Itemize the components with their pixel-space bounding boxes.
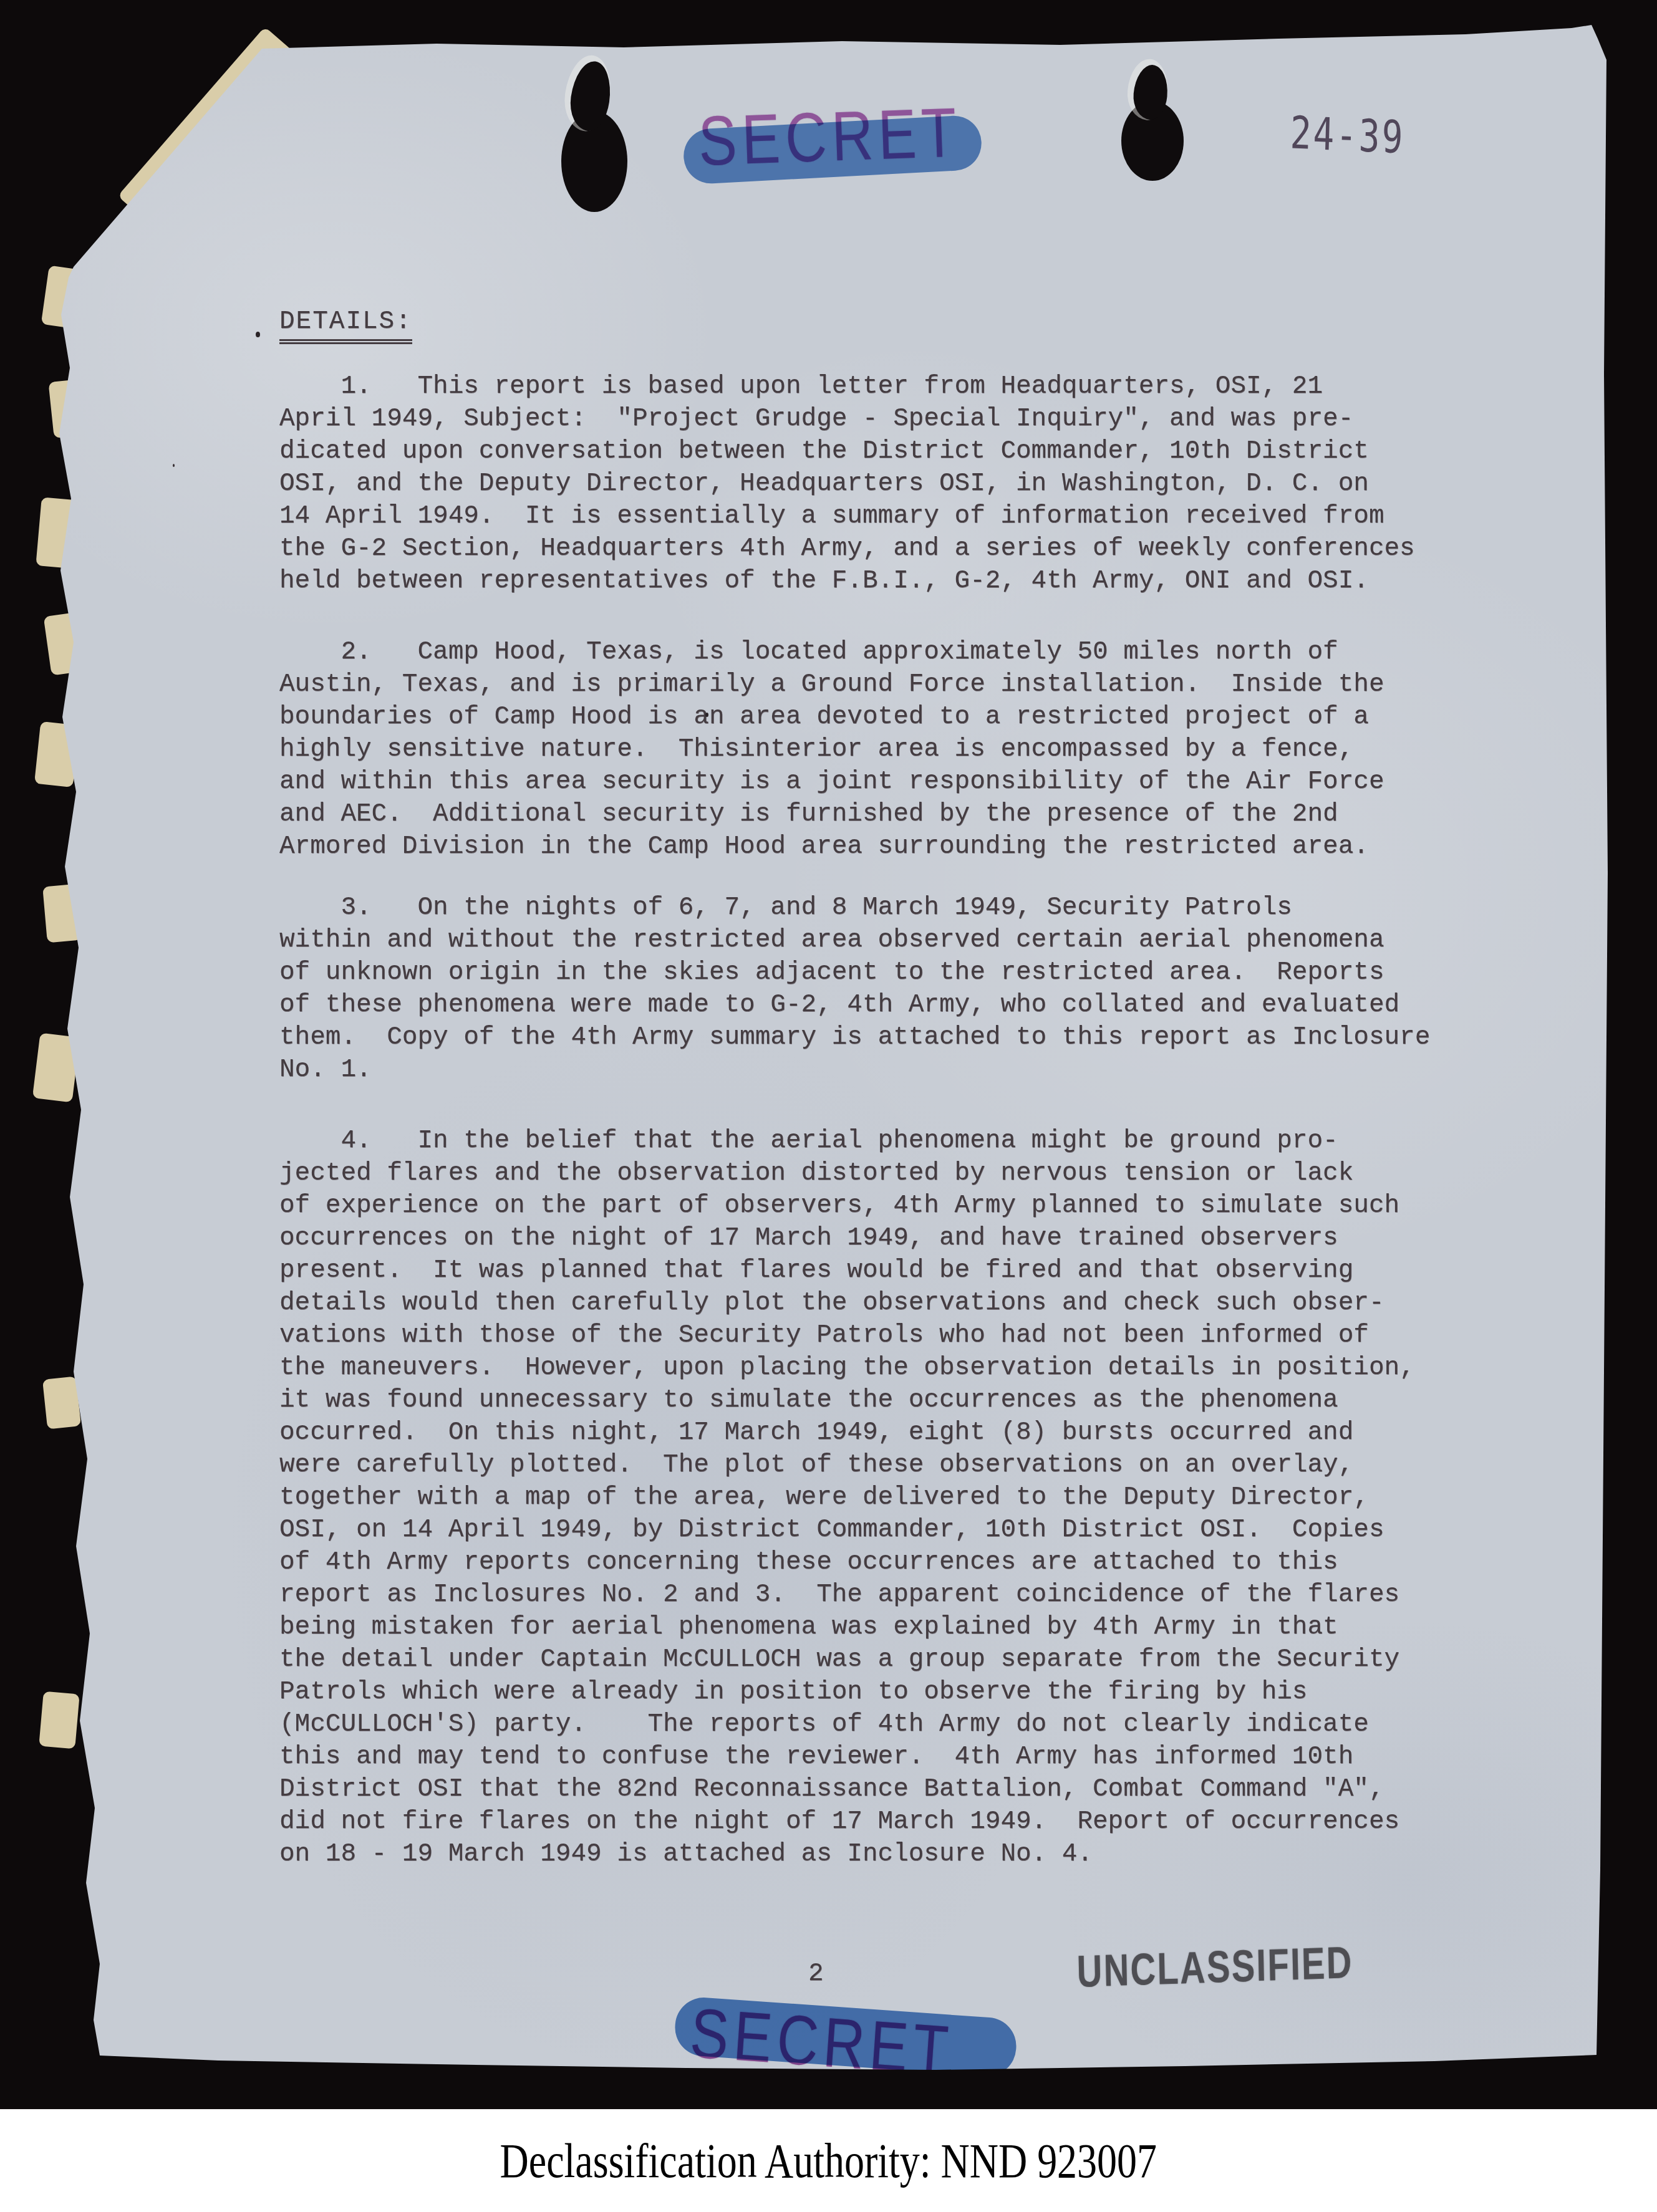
torn-edge-fragment (39, 1691, 79, 1749)
punch-hole-right (1121, 101, 1184, 181)
paragraph-3: 3. On the nights of 6, 7, and 8 March 19… (279, 892, 1489, 1086)
paragraph-2: 2. Camp Hood, Texas, is located approxim… (279, 636, 1489, 863)
details-heading: DETAILS: (279, 305, 412, 344)
dirt-speck (256, 332, 260, 337)
declassification-note: Declassification Authority: NND 923007 (500, 2133, 1157, 2189)
torn-edge-fragment (42, 1376, 81, 1429)
punch-hole-left (561, 111, 627, 212)
reference-number: 24-39 (1290, 107, 1406, 164)
scanned-document: SECRET 24-39 DETAILS: 1. This report is … (0, 0, 1657, 2212)
page-number: 2 (808, 1958, 824, 1990)
paragraph-1: 1. This report is based upon letter from… (279, 370, 1489, 597)
document-page: SECRET 24-39 DETAILS: 1. This report is … (0, 0, 1657, 2212)
unclassified-stamp: UNCLASSIFIED (1076, 1937, 1354, 1998)
paragraph-4: 4. In the belief that the aerial phenome… (279, 1125, 1489, 1870)
declassification-bar: Declassification Authority: NND 923007 (0, 2109, 1657, 2212)
